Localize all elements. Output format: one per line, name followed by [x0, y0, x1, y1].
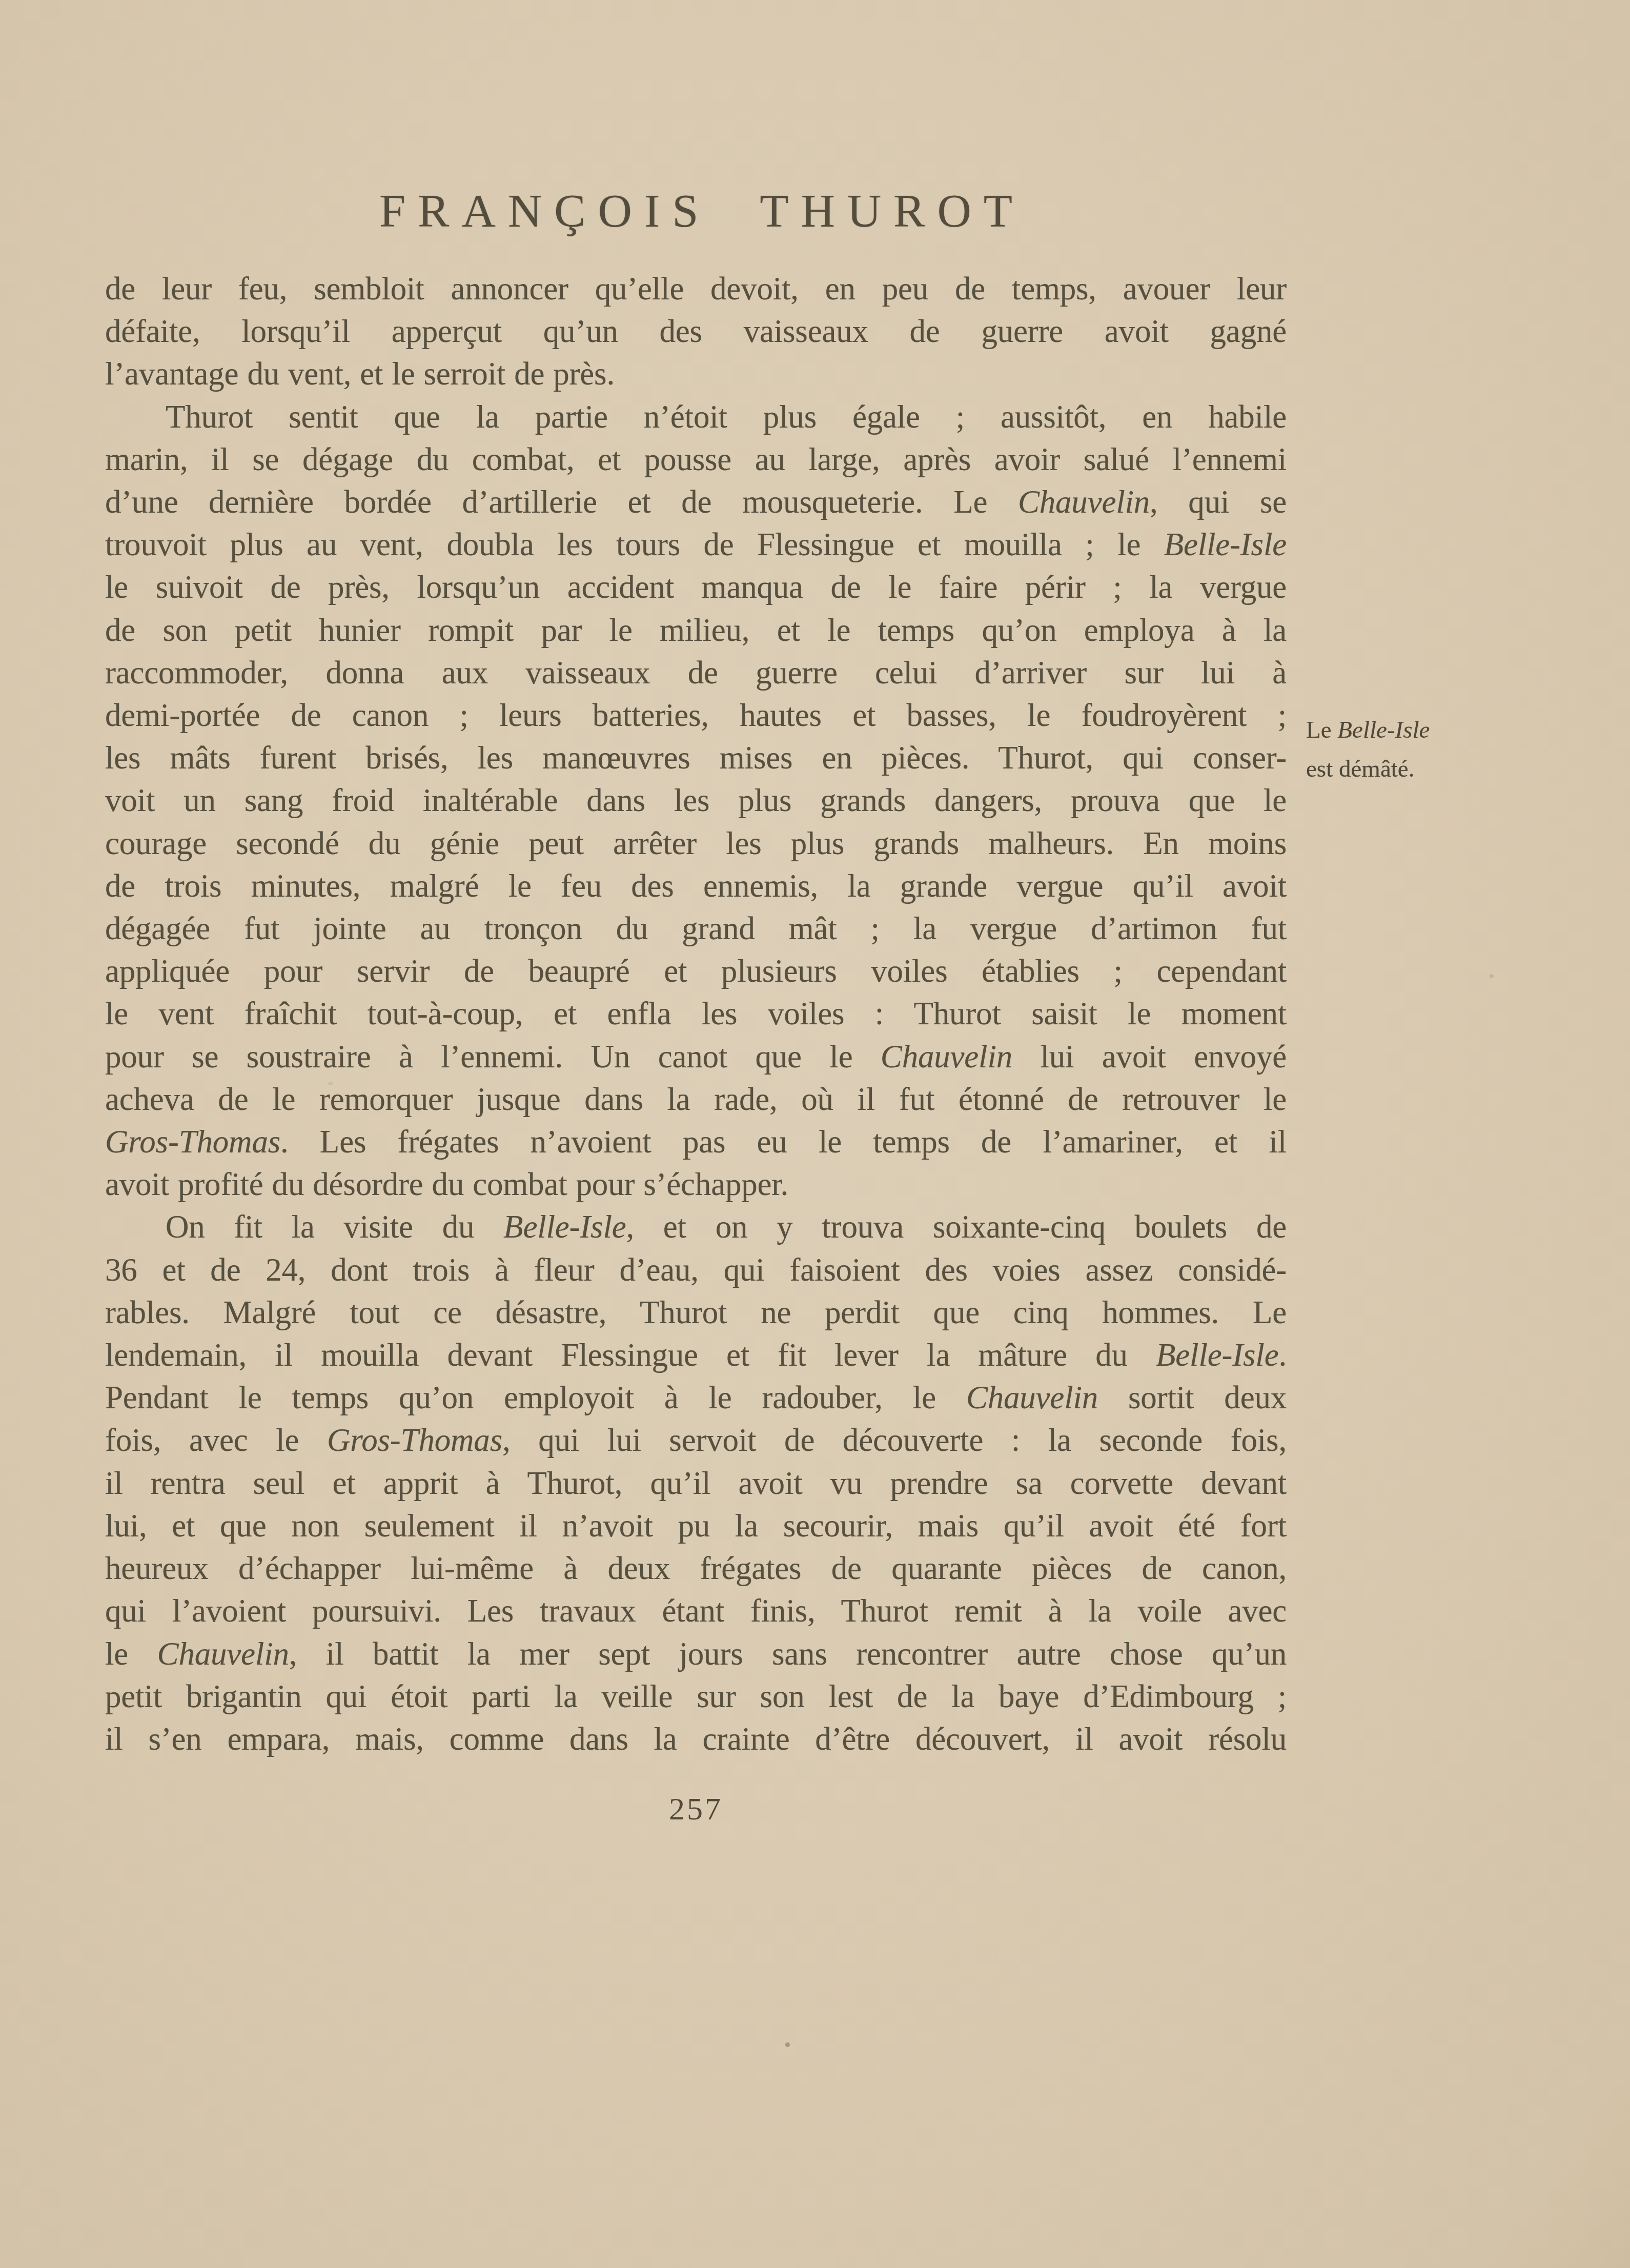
body-line: courage secondé du génie peut arrêter le… — [105, 822, 1287, 865]
body-line: lendemain, il mouilla devant Flessingue … — [105, 1334, 1287, 1376]
body-line: raccommoder, donna aux vaisseaux de guer… — [105, 652, 1287, 694]
body-line: Thurot sentit que la partie n’étoit plus… — [105, 396, 1287, 438]
body-line: 36 et de 24, dont trois à fleur d’eau, q… — [105, 1249, 1287, 1291]
body-line: heureux d’échapper lui-même à deux fréga… — [105, 1547, 1287, 1590]
page-title: FRANÇOIS THUROT — [105, 183, 1287, 239]
body-line: lui, et que non seulement il n’avoit pu … — [105, 1505, 1287, 1547]
body-line: Pendant le temps qu’on employoit à le ra… — [105, 1376, 1287, 1419]
body-line: fois, avec le Gros-Thomas, qui lui servo… — [105, 1419, 1287, 1462]
body-line: avoit profité du désordre du combat pour… — [105, 1163, 1287, 1206]
body-line: pour se soustraire à l’ennemi. Un canot … — [105, 1036, 1287, 1078]
body-line: l’avantage du vent, et le serroit de prè… — [105, 353, 1287, 395]
margin-note-line: est démâté. — [1306, 750, 1593, 788]
paper-speck — [328, 1082, 333, 1085]
body-line: d’une dernière bordée d’artillerie et de… — [105, 481, 1287, 523]
body-line: de leur feu, sembloit annoncer qu’elle d… — [105, 268, 1287, 310]
paper-speck — [785, 2042, 790, 2047]
body-line: marin, il se dégage du combat, et pousse… — [105, 438, 1287, 481]
body-line: il s’en empara, mais, comme dans la crai… — [105, 1718, 1287, 1760]
body-line: les mâts furent brisés, les manœuvres mi… — [105, 737, 1287, 779]
body-line: dégagée fut jointe au tronçon du grand m… — [105, 907, 1287, 950]
paper-speck — [1490, 974, 1494, 978]
body-line: rables. Malgré tout ce désastre, Thurot … — [105, 1291, 1287, 1334]
body-line: trouvoit plus au vent, doubla les tours … — [105, 523, 1287, 566]
body-line: qui l’avoient poursuivi. Les travaux éta… — [105, 1590, 1287, 1632]
body-line: petit brigantin qui étoit parti la veill… — [105, 1675, 1287, 1718]
book-page: FRANÇOIS THUROT de leur feu, sembloit an… — [0, 0, 1630, 2268]
body-line: appliquée pour servir de beaupré et plus… — [105, 950, 1287, 993]
body-line: il rentra seul et apprit à Thurot, qu’il… — [105, 1462, 1287, 1505]
body-line: On fit la visite du Belle-Isle, et on y … — [105, 1206, 1287, 1248]
body-line: défaite, lorsqu’il apperçut qu’un des va… — [105, 310, 1287, 353]
body-line: de son petit hunier rompit par le milieu… — [105, 609, 1287, 652]
body-line: le vent fraîchit tout-à-coup, et enfla l… — [105, 993, 1287, 1035]
body-line: demi-portée de canon ; leurs batteries, … — [105, 694, 1287, 737]
margin-note: Le Belle-Isleest démâté. — [1306, 711, 1593, 788]
body-line: acheva de le remorquer jusque dans la ra… — [105, 1078, 1287, 1121]
body-line: Gros-Thomas. Les frégates n’avoient pas … — [105, 1121, 1287, 1163]
body-line: de trois minutes, malgré le feu des enne… — [105, 865, 1287, 907]
body-line: voit un sang froid inaltérable dans les … — [105, 779, 1287, 822]
page-number: 257 — [105, 1791, 1287, 1828]
body-text: de leur feu, sembloit annoncer qu’elle d… — [105, 268, 1287, 1760]
body-line: le Chauvelin, il battit la mer sept jour… — [105, 1633, 1287, 1675]
body-line: le suivoit de près, lorsqu’un accident m… — [105, 566, 1287, 609]
margin-note-line: Le Belle-Isle — [1306, 711, 1593, 750]
